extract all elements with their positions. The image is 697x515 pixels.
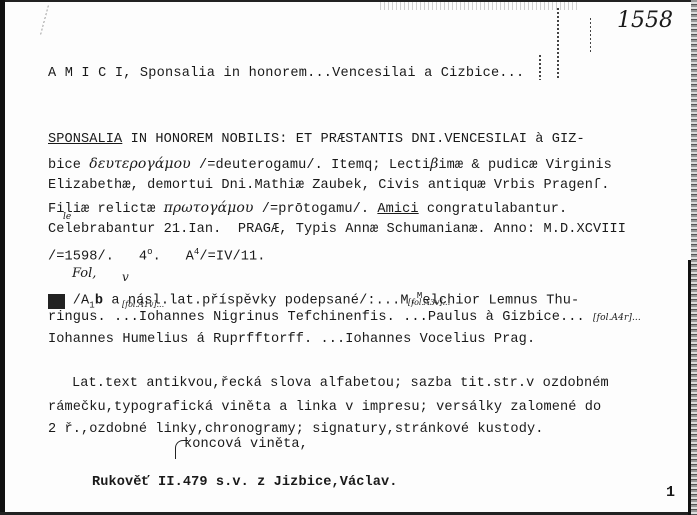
scan-streak [590, 18, 591, 53]
title-text: IN HONOREM NOBILIS: ET PRÆSTANTIS DNI.VE… [122, 132, 584, 147]
scan-border-right-inner [688, 260, 691, 515]
title-line-1: SPONSALIA IN HONOREM NOBILIS: ET PRÆSTAN… [48, 132, 585, 148]
handwritten-fol: Fol, [72, 266, 96, 281]
collation-text: /=1598/. 4 [48, 250, 147, 265]
header-title: , Sponsalia in honorem...Vencesilai a Ci… [123, 66, 524, 81]
folio-annotation-a4r: [fol.A4r]... [593, 313, 641, 323]
handwritten-v: v [122, 270, 129, 284]
handwritten-correction: le [63, 212, 71, 222]
contents-line-3: Iohannes Humelius á Ruprfftorff. ...Ioha… [48, 332, 535, 348]
handwritten-number: 1558 [617, 8, 673, 33]
scan-noise [380, 2, 580, 10]
title-text: bice [48, 158, 89, 173]
notes-line-2: rámečku,typografická viněta a linka v im… [48, 400, 601, 416]
greek-word: δευτερογάμου [89, 156, 190, 172]
imprint-line: Celebrabantur 21.Ian. PRAGÆ, Typis Annæ … [48, 222, 626, 238]
scan-streak [557, 8, 559, 78]
title-keyword: SPONSALIA [48, 132, 122, 147]
scan-mark [40, 5, 49, 34]
signature-letter: b [95, 294, 103, 309]
scan-border-top [0, 0, 697, 2]
contents-text: ... [395, 310, 428, 325]
contents-text: ringus. ... [48, 310, 139, 325]
title-line-2: bice δευτερογάμου /=deuterogamu/. Itemq;… [48, 156, 612, 174]
catalog-card: 1558 A M I C I, Sponsalia in honorem...V… [0, 0, 697, 515]
folio-annotation-a3v: [fol.A3v]... [408, 298, 450, 307]
collation-line: /=1598/. 4o. A4/=IV/11. [48, 244, 265, 266]
struck-text: Nr [48, 294, 65, 309]
collation-text: /=IV/11. [199, 250, 265, 265]
author-keyword: Amici [377, 202, 418, 217]
greek-word: πρωτογάμου [164, 200, 254, 216]
card-header: A M I C I, Sponsalia in honorem...Vences… [48, 66, 524, 82]
title-text: /=deuterogamu/. Itemq; Lecti [191, 158, 430, 173]
title-text: congratulabantur. [419, 202, 568, 217]
page-number: 1 [666, 484, 675, 501]
scan-border-right [691, 0, 697, 515]
scan-border-left [0, 0, 5, 515]
contents-line-2: ringus. ...Iohannes Nigrinus Tefchinenfi… [48, 310, 641, 326]
contents-text: Iohannes Nigrinus Tefchinenfis. [139, 310, 395, 325]
title-text: imæ & pudicæ Virginis [438, 158, 611, 173]
folio-annotation-a1v: [fol.A1v]... [122, 300, 164, 309]
scan-streak [539, 55, 541, 80]
header-author: A M I C I [48, 66, 123, 81]
title-line-4: Filiæ relictæ πρωτογάμου /=prōtogamu/. A… [48, 200, 567, 218]
notes-insert: koncová viněta, [184, 437, 308, 453]
notes-line-1: Lat.text antikvou,řecká slova alfabetou;… [72, 376, 609, 392]
collation-text: . A [153, 250, 194, 265]
contents-text: /A [65, 294, 90, 309]
title-text: /=prōtogamu/. [254, 202, 378, 217]
notes-line-3: 2 ř.,ozdobné linky,chronogramy; signatur… [48, 422, 543, 438]
title-line-3: Elizabethæ, demortui Dni.Mathiæ Zaubek, … [48, 178, 610, 194]
contents-text: Paulus à Gizbice... [428, 310, 593, 325]
notes-text: 2 ř.,ozdobné linky, [48, 422, 205, 437]
notes-text: chronogramy; signatury,stránkové kustody… [205, 422, 544, 437]
bibliographic-reference: Rukověť II.479 s.v. z Jizbice,Václav. [92, 475, 398, 491]
